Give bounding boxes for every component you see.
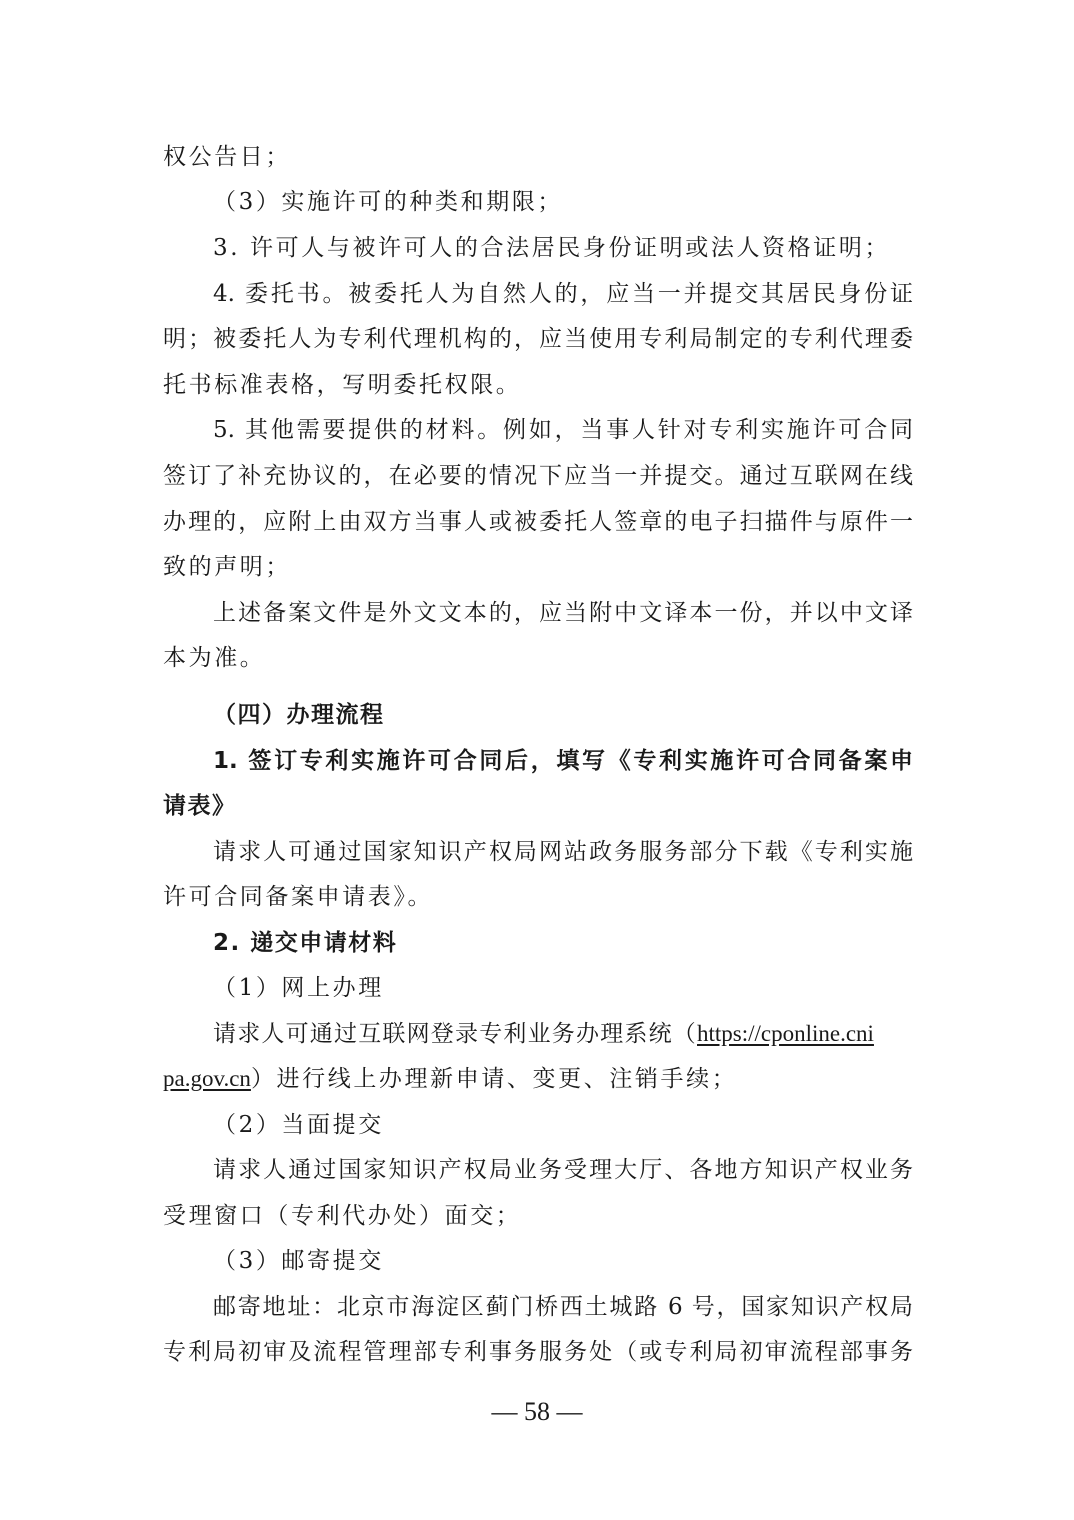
text-line: 托书标准表格，写明委托权限。 — [163, 370, 913, 400]
text-line: 权公告日； — [163, 142, 913, 172]
text-line: 本为准。 — [163, 643, 913, 673]
online-body: 请求人可通过互联网登录专利业务办理系统（https://cponline.cni — [213, 1019, 913, 1049]
cponline-link[interactable]: https://cponline.cni — [697, 1021, 874, 1046]
text-line: （3）实施许可的种类和期限； — [213, 187, 913, 217]
online-body-prefix: 请求人可通过互联网登录专利业务办理系统（ — [213, 1021, 697, 1047]
online-body-suffix: ）进行线上办理新申请、变更、注销手续； — [251, 1066, 737, 1092]
document-page: 权公告日； （3）实施许可的种类和期限； 3. 许可人与被许可人的合法居民身份证… — [0, 0, 1074, 1520]
mail-address-cont: 专利局初审及流程管理部专利事务服务处（或专利局初审流程部事务 — [163, 1337, 913, 1367]
text-line: 明；被委托人为专利代理机构的，应当使用专利局制定的专利代理委 — [163, 324, 913, 354]
section-heading: （四）办理流程 — [213, 700, 913, 730]
step1-body: 请求人可通过国家知识产权局网站政务服务部分下载《专利实施 — [213, 837, 913, 867]
mail-address: 邮寄地址：北京市海淀区蓟门桥西土城路 6 号，国家知识产权局 — [213, 1292, 913, 1322]
step1-heading: 1. 签订专利实施许可合同后，填写《专利实施许可合同备案申 — [213, 746, 913, 776]
in-person-title: （2）当面提交 — [213, 1110, 913, 1140]
text-line: 办理的，应附上由双方当事人或被委托人签章的电子扫描件与原件一 — [163, 507, 913, 537]
text-line: 签订了补充协议的，在必要的情况下应当一并提交。通过互联网在线 — [163, 461, 913, 491]
online-body-cont: pa.gov.cn）进行线上办理新申请、变更、注销手续； — [163, 1064, 913, 1094]
in-person-body-cont: 受理窗口（专利代办处）面交； — [163, 1201, 913, 1231]
text-line: 致的声明； — [163, 552, 913, 582]
mail-title: （3）邮寄提交 — [213, 1246, 913, 1276]
step1-body-cont: 许可合同备案申请表》。 — [163, 882, 913, 912]
in-person-body: 请求人通过国家知识产权局业务受理大厅、各地方知识产权业务 — [213, 1155, 913, 1185]
step1-heading-cont: 请表》 — [163, 791, 913, 821]
text-line: 5. 其他需要提供的材料。例如，当事人针对专利实施许可合同 — [213, 415, 913, 445]
page-number: — 58 — — [0, 1397, 1074, 1427]
text-line: 4. 委托书。被委托人为自然人的，应当一并提交其居民身份证 — [213, 279, 913, 309]
text-line: 3. 许可人与被许可人的合法居民身份证明或法人资格证明； — [213, 233, 913, 263]
step2-heading: 2. 递交申请材料 — [213, 928, 913, 958]
text-line: 上述备案文件是外文文本的，应当附中文译本一份，并以中文译 — [213, 598, 913, 628]
cponline-link-cont[interactable]: pa.gov.cn — [163, 1066, 251, 1091]
online-title: （1）网上办理 — [213, 973, 913, 1003]
